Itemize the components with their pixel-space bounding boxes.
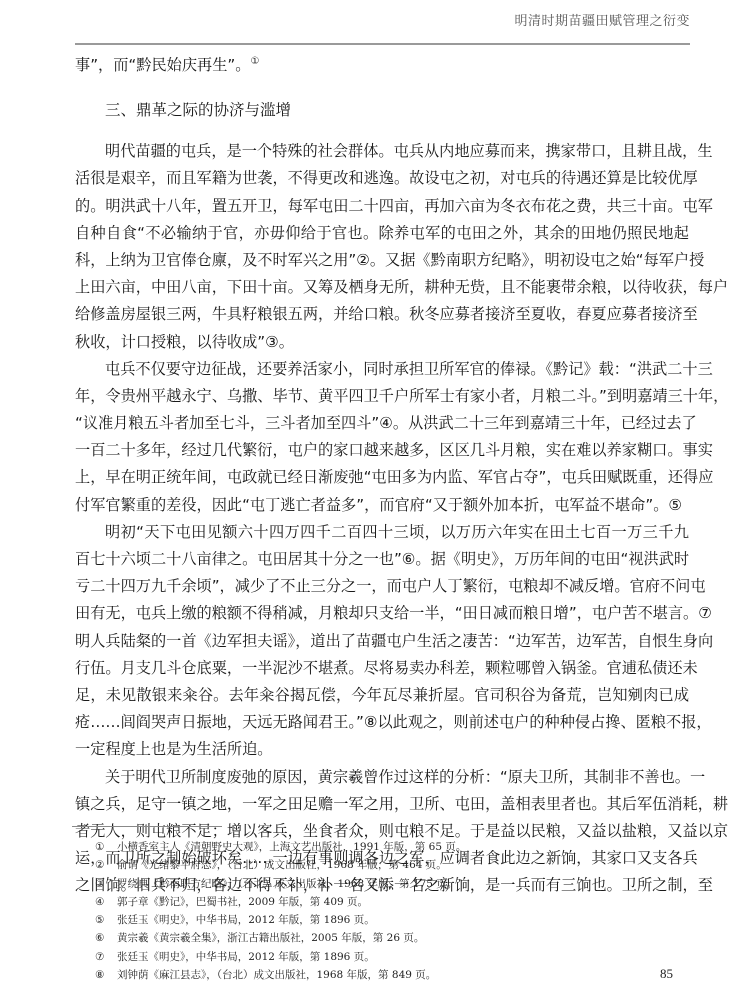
text-line: 的。明洪武十八年，置五开卫，每军屯田二十四亩，再加六亩为冬衣布花之费，共三十亩。…: [75, 193, 689, 220]
text-line: 亏二十四万九千余顷”，减少了不止三分之一，而屯户人丁繁衍，屯粮却不减反增。官府不…: [75, 573, 689, 600]
footnote-text: 黄宗羲《黄宗羲全集》，浙江古籍出版社，2005 年版，第 26 页。: [117, 932, 424, 944]
text-line: 田有无，屯兵上缴的粮额不得稍减，月粮却只支给一半，“田日减而粮日增”，屯户苦不堪…: [75, 600, 689, 627]
footnote: ①小横香室主人《清朝野史大观》，上海文艺出版社，1991 年版，第 65 页。: [95, 838, 466, 856]
footnote-number: ②: [95, 856, 117, 874]
footnote-text: 小横香室主人《清朝野史大观》，上海文艺出版社，1991 年版，第 65 页。: [117, 841, 466, 853]
footnote-number: ③: [95, 875, 117, 893]
paragraph-1: 明代苗疆的屯兵，是一个特殊的社会群体。屯兵从内地应募而来，携家带口，且耕且战，生…: [75, 138, 689, 356]
text-line: 行伍。月支几斗仓底粟，一半泥沙不堪煮。尽将易卖办科差，颗粒哪曾入锅釜。官逋私债还…: [75, 655, 689, 682]
text-line: 一定程度上也是为生活所迫。: [75, 736, 689, 763]
footnote-number: ⑦: [95, 948, 117, 966]
text-line: 科，上纳为卫官俸仓廪，及不时军兴之用”②。又据《黔南职方纪略》，明初设屯之始“每…: [75, 247, 689, 274]
opening-text: 事”，而“黔民始庆再生”。: [75, 56, 250, 74]
text-line: 秋收，计口授粮，以待收成”③。: [75, 329, 689, 356]
footnote-number: ①: [95, 838, 117, 856]
text-line: 百七十六顷二十八亩律之。屯田居其十分之一也”⑥。据《明史》，万历年间的屯田“视洪…: [75, 546, 689, 573]
footnote-number: ④: [95, 893, 117, 911]
section-title: 三、鼎革之际的协济与滥增: [75, 97, 689, 124]
text-line: “议准月粮五斗者加至七斗，三斗者加至四斗”④。从洪武二十三年到嘉靖三十年，已经过…: [75, 410, 689, 437]
header-rule: [75, 43, 690, 45]
text-line: 上田六亩，中田八亩，下田十亩。又筹及栖身无所，耕种无赀，且不能裹带余粮，以待收获…: [75, 274, 689, 301]
footnote-text: 俞谓《光绪黎平府志》，（台北）成文出版社，1968 年版，第 464 页。: [117, 859, 447, 871]
text-line: 镇之兵，足守一镇之地，一军之田足赡一军之用，卫所、屯田，盖相表里者也。其后军伍消…: [75, 791, 689, 818]
footnote-text: 张廷玉《明史》，中华书局，2012 年版，第 1896 页。: [117, 951, 375, 963]
footnotes: ①小横香室主人《清朝野史大观》，上海文艺出版社，1991 年版，第 65 页。 …: [95, 838, 466, 984]
opening-line: 事”，而“黔民始庆再生”。①: [75, 52, 689, 79]
footnote-text: 罗绕典《黔南职方纪略》，（台北）成文出版社，1968 年版，第 175 页。: [117, 878, 457, 890]
body-text: 事”，而“黔民始庆再生”。① 三、鼎革之际的协济与滥增 明代苗疆的屯兵，是一个特…: [75, 52, 689, 899]
text-line: 疮……闾阎哭声日振地，天远无路闻君王。”⑧以此观之，则前述屯户的种种侵占搀、匿粮…: [75, 709, 689, 736]
footnote-text: 刘钟荫《麻江县志》，（台北）成文出版社，1968 年版，第 849 页。: [117, 969, 436, 981]
paragraph-2: 屯兵不仅要守边征战，还要养活家小，同时承担卫所军官的俸禄。《黔记》载：“洪武二十…: [75, 356, 689, 519]
footnote-number: ⑤: [95, 911, 117, 929]
text-line: 屯兵不仅要守边征战，还要养活家小，同时承担卫所军官的俸禄。《黔记》载：“洪武二十…: [75, 356, 689, 383]
footnote-number: ⑧: [95, 966, 117, 984]
text-line: 付军官繁重的差役，因此“屯丁逃亡者益多”，而官府“又于额外加本折，屯军益不堪命”…: [75, 492, 689, 519]
footnote: ⑧刘钟荫《麻江县志》，（台北）成文出版社，1968 年版，第 849 页。: [95, 966, 466, 984]
paragraph-3: 明初“天下屯田见额六十四万四千二百四十三顷，以万历六年实在田土七百一万三千九 百…: [75, 519, 689, 764]
page-number: 85: [660, 966, 673, 982]
text-line: 活很是艰辛，而且军籍为世袭，不得更改和逃逸。故设屯之初，对屯兵的待遇还算是比较优…: [75, 165, 689, 192]
running-head: 明清时期苗疆田赋管理之衍变: [514, 10, 690, 29]
text-line: 自种自食“不必输纳于官，亦毋仰给于官也。除养屯军的屯田之外，其余的田地仍照民地起: [75, 220, 689, 247]
text-line: 关于明代卫所制度废弛的原因，黄宗羲曾作过这样的分析：“原夫卫所，其制非不善也。一: [75, 764, 689, 791]
text-line: 明初“天下屯田见额六十四万四千二百四十三顷，以万历六年实在田土七百一万三千九: [75, 519, 689, 546]
footnote-text: 张廷玉《明史》，中华书局，2012 年版，第 1896 页。: [117, 914, 375, 926]
footnote: ④郭子章《黔记》，巴蜀书社，2009 年版，第 409 页。: [95, 893, 466, 911]
footnote: ⑦张廷玉《明史》，中华书局，2012 年版，第 1896 页。: [95, 948, 466, 966]
footnote: ⑤张廷玉《明史》，中华书局，2012 年版，第 1896 页。: [95, 911, 466, 929]
text-line: 年，令贵州平越永宁、乌撒、毕节、黄平四卫千户所军士有家小者，月粮二斗。”到明嘉靖…: [75, 383, 689, 410]
footnote-rule: [72, 826, 222, 827]
footnote-text: 郭子章《黔记》，巴蜀书社，2009 年版，第 409 页。: [117, 896, 368, 908]
footnote-ref: ①: [250, 56, 259, 67]
footnote-number: ⑥: [95, 929, 117, 947]
footnote: ⑥黄宗羲《黄宗羲全集》，浙江古籍出版社，2005 年版，第 26 页。: [95, 929, 466, 947]
footnote: ③罗绕典《黔南职方纪略》，（台北）成文出版社，1968 年版，第 175 页。: [95, 875, 466, 893]
footnote: ②俞谓《光绪黎平府志》，（台北）成文出版社，1968 年版，第 464 页。: [95, 856, 466, 874]
text-line: 足，未见散银来籴谷。去年籴谷揭瓦偿，今年瓦尽兼折屋。官司积谷为备荒，岂知剜肉已成: [75, 682, 689, 709]
text-line: 明人兵陆粲的一首《边军担夫谣》，道出了苗疆屯户生活之凄苦：“边军苦，边军苦，自恨…: [75, 628, 689, 655]
text-line: 上，早在明正统年间，屯政就已经日渐废弛“屯田多为内监、军官占夺”，屯兵田赋既重，…: [75, 464, 689, 491]
text-line: 给修盖房屋银三两，牛具籽粮银五两，并给口粮。秋冬应募者接济至夏收，春夏应募者接济…: [75, 301, 689, 328]
text-line: 一百二十多年，经过几代繁衍，屯户的家口越来越多，区区几斗月粮，实在难以养家糊口。…: [75, 437, 689, 464]
text-line: 明代苗疆的屯兵，是一个特殊的社会群体。屯兵从内地应募而来，携家带口，且耕且战，生: [75, 138, 689, 165]
